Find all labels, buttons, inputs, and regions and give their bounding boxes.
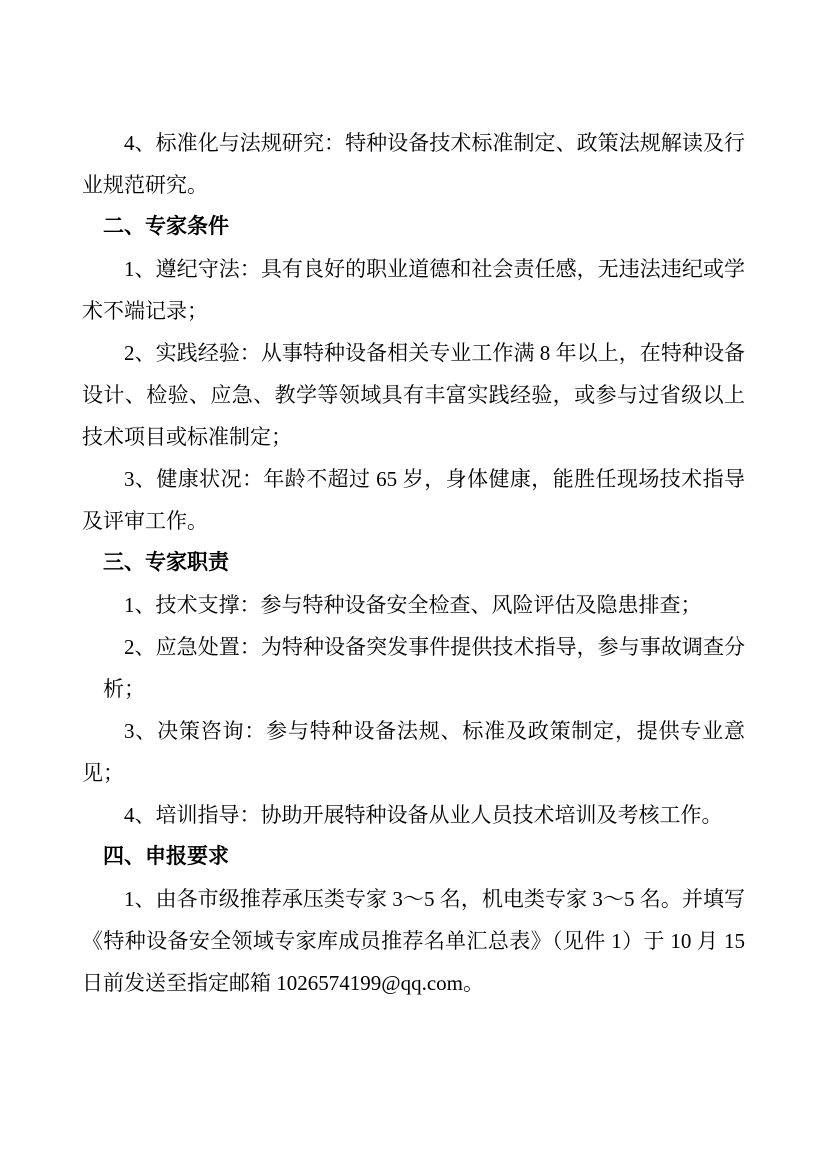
- paragraph-duty3-consulting: 3、决策咨询：参与特种设备法规、标准及政策制定，提供专业意见；: [82, 710, 745, 794]
- paragraph-condition2-experience: 2、实践经验：从事特种设备相关专业工作满 8 年以上，在特种设备设计、检验、应急…: [82, 332, 745, 458]
- document-body: 4、标准化与法规研究：特种设备技术标准制定、政策法规解读及行业规范研究。 二、专…: [82, 122, 745, 1004]
- paragraph-condition3-health: 3、健康状况：年龄不超过 65 岁，身体健康，能胜任现场技术指导及评审工作。: [82, 458, 745, 542]
- paragraph-duty4-training: 4、培训指导：协助开展特种设备从业人员技术培训及考核工作。: [82, 794, 745, 836]
- paragraph-duty2-emergency: 2、应急处置：为特种设备突发事件提供技术指导，参与事故调查分析；: [82, 626, 745, 710]
- section-heading-application-requirements: 四、申报要求: [82, 836, 745, 878]
- paragraph-condition1-law: 1、遵纪守法：具有良好的职业道德和社会责任感，无违法违纪或学术不端记录；: [82, 248, 745, 332]
- paragraph-duty4-standards: 4、标准化与法规研究：特种设备技术标准制定、政策法规解读及行业规范研究。: [82, 122, 745, 206]
- section-heading-expert-conditions: 二、专家条件: [82, 206, 745, 248]
- section-heading-expert-duties: 三、专家职责: [82, 542, 745, 584]
- paragraph-duty1-tech-support: 1、技术支撑：参与特种设备安全检查、风险评估及隐患排查；: [82, 584, 745, 626]
- document-page: 4、标准化与法规研究：特种设备技术标准制定、政策法规解读及行业规范研究。 二、专…: [0, 0, 827, 1170]
- paragraph-requirement1-submission: 1、由各市级推荐承压类专家 3～5 名，机电类专家 3～5 名。并填写《特种设备…: [82, 878, 745, 1004]
